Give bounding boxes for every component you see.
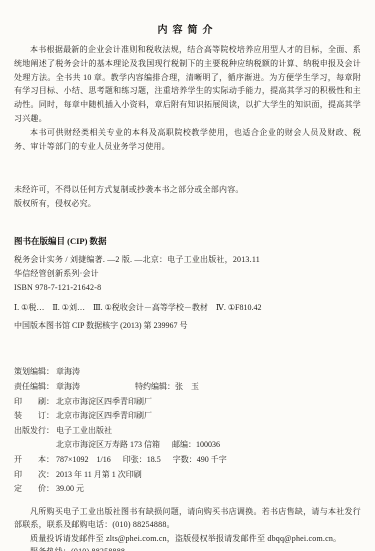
credit-special-editor: 特约编辑：张 玉	[135, 380, 199, 395]
credit-value: 章海涛	[56, 380, 80, 395]
cip-isbn-line: ISBN 978-7-121-21642-8	[14, 281, 361, 295]
content-summary-paragraph-2: 本书可供财经类相关专业的本科及高职院校教学使用，也适合企业的财会人员及财政、税务…	[14, 126, 361, 154]
credit-label: 定 价：	[14, 482, 56, 497]
credit-row-planning-editor: 策划编辑： 章海涛	[14, 365, 361, 380]
credit-label: 印 次：	[14, 468, 56, 483]
credit-sheets: 印张：18.5	[123, 453, 161, 468]
credit-value: 章海涛	[56, 365, 80, 380]
content-summary-paragraph-1: 本书根据最新的企业会计准则和税收法规，结合高等院校培养应用型人才的目标，全面、系…	[14, 43, 361, 126]
credit-label: 策划编辑：	[14, 365, 56, 380]
cip-heading: 图书在版编目 (CIP) 数据	[14, 235, 361, 248]
service-note-replacement: 凡所购买电子工业出版社图书有缺损问题，请向购买书店调换。若书店售缺，请与本社发行…	[14, 505, 361, 532]
cip-data-section: 图书在版编目 (CIP) 数据 税务会计实务 / 刘捷编著. —2 版. —北京…	[14, 235, 361, 332]
credit-value: 2013 年 11 月第 1 次印刷	[56, 468, 142, 483]
credit-value: 787×1092 1/16	[56, 453, 111, 468]
credit-row-print-run: 印 次： 2013 年 11 月第 1 次印刷	[14, 468, 361, 483]
service-note-email: 质量投诉请发邮件至 zlts@phei.com.cn，盗版侵权举报请发邮件至 d…	[14, 532, 361, 546]
credit-label	[14, 438, 56, 453]
cip-book-line: 税务会计实务 / 刘捷编著. —2 版. —北京：电子工业出版社，2013.11	[14, 253, 361, 267]
cip-classification-line: Ⅰ. ①税… Ⅱ. ①刘… Ⅲ. ①税收会计－高等学校－教材 Ⅳ. ①F810.…	[14, 301, 361, 314]
copyright-notice-line-1: 未经许可，不得以任何方式复制或抄袭本书之部分或全部内容。	[14, 183, 361, 197]
credit-value: 北京市海淀区万寿路 173 信箱	[56, 438, 160, 453]
cip-record-number-line: 中国版本图书馆 CIP 数据核字 (2013) 第 239967 号	[14, 319, 361, 332]
credit-value: 北京市海淀区四季青印刷厂	[56, 409, 152, 424]
publishing-credits: 策划编辑： 章海涛 责任编辑： 章海涛 特约编辑：张 玉 印 刷： 北京市海淀区…	[14, 365, 361, 496]
cip-series-line: 华信经管创新系列·会计	[14, 267, 361, 281]
service-notes: 凡所购买电子工业出版社图书有缺损问题，请向购买书店调换。若书店售缺，请与本社发行…	[14, 505, 361, 551]
credit-postcode: 邮编：100036	[172, 438, 220, 453]
content-summary-title: 内容简介	[14, 21, 361, 36]
credit-row-publisher: 出版发行： 电子工业出版社	[14, 424, 361, 439]
copyright-notice: 未经许可，不得以任何方式复制或抄袭本书之部分或全部内容。 版权所有，侵权必究。	[14, 183, 361, 211]
book-copyright-page: 内容简介 本书根据最新的企业会计准则和税收法规，结合高等院校培养应用型人才的目标…	[0, 0, 375, 551]
credit-value: 39.00 元	[56, 482, 84, 497]
copyright-notice-line-2: 版权所有，侵权必究。	[14, 197, 361, 211]
content-summary-section: 内容简介 本书根据最新的企业会计准则和税收法规，结合高等院校培养应用型人才的目标…	[14, 21, 361, 153]
credit-label: 开 本：	[14, 453, 56, 468]
credit-word-count: 字数：490 千字	[173, 453, 227, 468]
credit-row-publisher-address: 北京市海淀区万寿路 173 信箱 邮编：100036	[14, 438, 361, 453]
credit-row-printing: 印 刷： 北京市海淀区四季青印刷厂	[14, 395, 361, 410]
credit-row-responsible-editor: 责任编辑： 章海涛 特约编辑：张 玉	[14, 380, 361, 395]
credit-row-price: 定 价： 39.00 元	[14, 482, 361, 497]
credit-row-format: 开 本： 787×1092 1/16 印张：18.5 字数：490 千字	[14, 453, 361, 468]
credit-label: 印 刷：	[14, 395, 56, 410]
credit-value: 北京市海淀区四季青印刷厂	[56, 395, 152, 410]
credit-row-binding: 装 订： 北京市海淀区四季青印刷厂	[14, 409, 361, 424]
credit-label: 责任编辑：	[14, 380, 56, 395]
credit-label: 装 订：	[14, 409, 56, 424]
service-note-hotline: 服务热线：(010) 88258888。	[14, 545, 361, 551]
credit-value: 电子工业出版社	[56, 424, 112, 439]
credit-label: 出版发行：	[14, 424, 56, 439]
